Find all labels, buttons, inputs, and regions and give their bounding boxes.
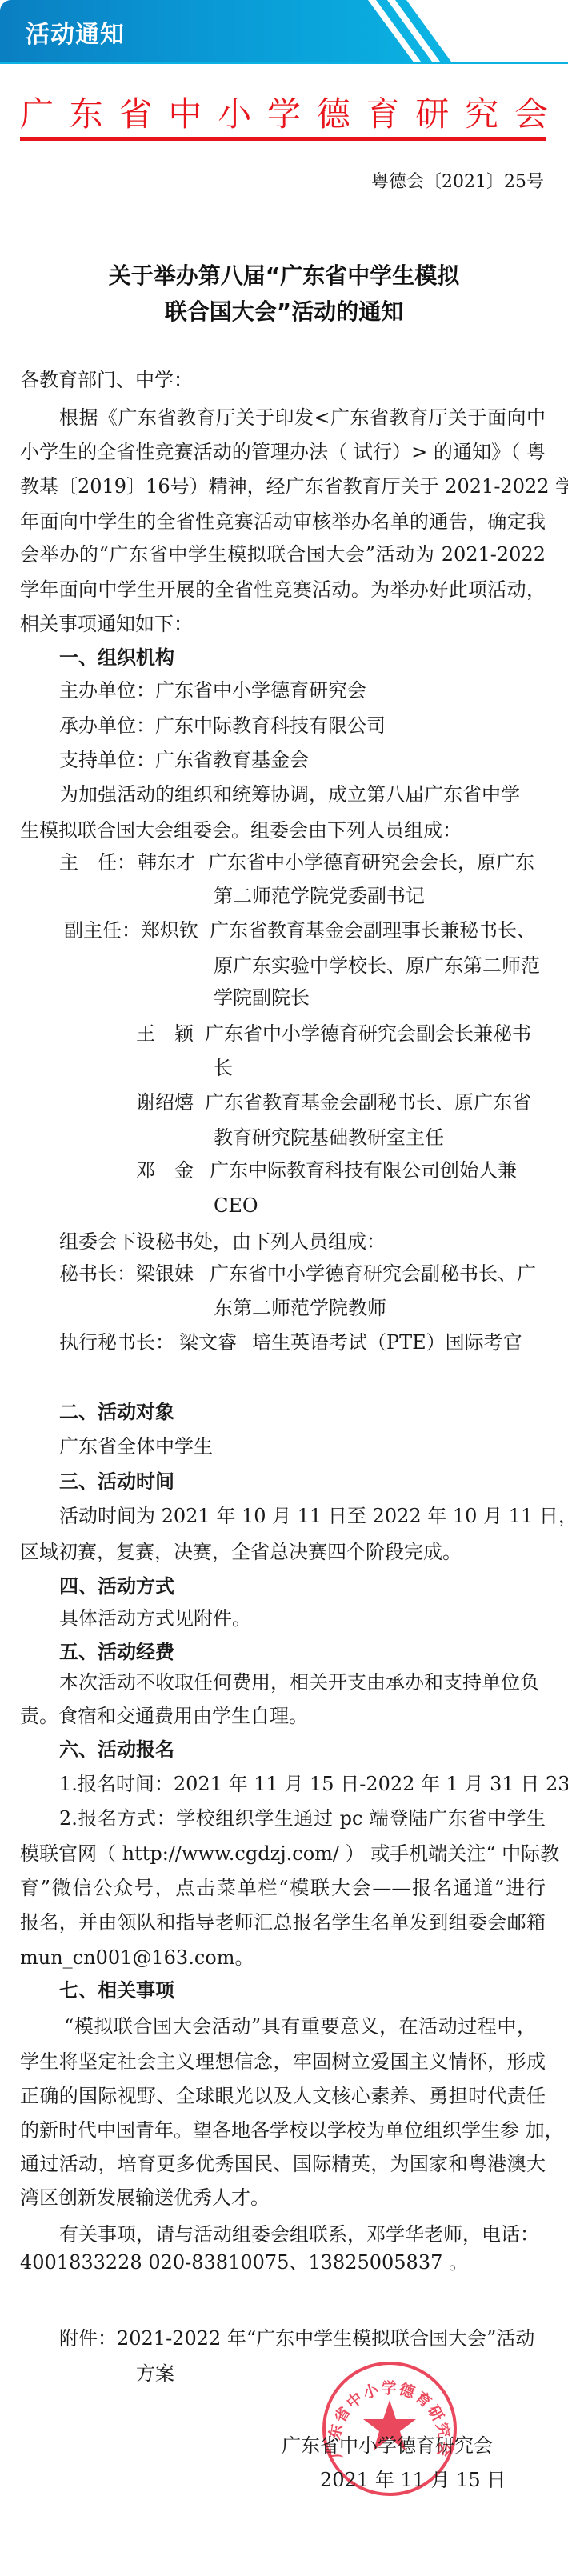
intro-line: 根据《广东省教育厅关于印发<广东省教育厅关于面向中 — [59, 406, 546, 430]
notice-title-line-1: 关于举办第八届“广东省中学生模拟 — [0, 258, 568, 290]
host-unit: 主办单位：广东省中小学德育研究会 — [59, 678, 366, 702]
registration-time: 1.报名时间：2021 年 11 月 15 日-2022 年 1 月 31 日 … — [59, 1772, 546, 1796]
committee-member-title: 原广东实验中学校长、原广东第二师范 — [214, 954, 540, 978]
intro-line: 相关事项通知如下： — [20, 612, 193, 636]
committee-member-title: 广东省中小学德育研究会会长，原广东 — [208, 850, 534, 874]
committee-member-title: 广东省教育基金会副理事长兼秘书长、 — [210, 918, 536, 942]
committee-member-name: 郑炽钦 — [141, 918, 198, 942]
letterhead-org-name: 广东省中小学德育研究会 — [20, 94, 548, 134]
registration-method: 报名，并由领队和指导老师汇总报名学生名单发到组委会邮箱 — [20, 1910, 546, 1934]
participants-body: 广东省全体中学生 — [59, 1434, 213, 1458]
section-heading-time: 三、活动时间 — [59, 1470, 174, 1494]
contact-phones: 4001833228 020-83810075、13825005837 。 — [20, 2250, 468, 2274]
section-heading-format: 四、活动方式 — [59, 1574, 174, 1598]
committee-member-title: 广东省中小学德育研究会副会长兼秘书 — [205, 1022, 531, 1046]
salutation: 各教育部门、中学： — [20, 368, 193, 392]
time-body: 区域初赛，复赛，决赛，全省总决赛四个阶段完成。 — [20, 1540, 462, 1564]
section-heading-organization: 一、组织机构 — [59, 646, 174, 670]
section-heading-funding: 五、活动经费 — [59, 1640, 174, 1664]
contact-line: 有关事项，请与活动组委会组联系，邓学华老师，电话： — [59, 2222, 531, 2246]
committee-member-name: 谢绍熺 — [136, 1090, 194, 1114]
intro-line: 小学生的全省性竞赛活动的管理办法（ 试行）> 的通知》（ 粤 — [20, 440, 546, 464]
letterhead-red-rule — [20, 137, 546, 141]
committee-member-name: 王 颖 — [136, 1022, 194, 1046]
committee-role: 副主任： — [64, 918, 141, 942]
secretary-general-name: 梁银妹 — [136, 1262, 194, 1286]
exec-secretary-name: 梁文睿 — [179, 1330, 237, 1354]
intro-line: 教基〔2019〕16号）精神，经广东省教育厅关于 2021-2022 学 — [20, 474, 546, 498]
page-header: 活动通知 — [0, 0, 568, 64]
supporter-unit: 支持单位：广东省教育基金会 — [59, 748, 309, 772]
committee-member-title: CEO — [214, 1194, 258, 1218]
registration-method: 育”微信公众号，点击菜单栏“模联大会——报名通道”进行 — [20, 1876, 546, 1900]
section-heading-registration: 六、活动报名 — [59, 1738, 174, 1762]
attachment-line: 方案 — [136, 2362, 174, 2386]
secretary-general-title: 广东省中小学德育研究会副秘书长、广 — [210, 1262, 536, 1286]
committee-intro: 为加强活动的组织和统筹协调，成立第八届广东省中学 — [59, 782, 520, 806]
document-number: 粤德会〔2021〕25号 — [371, 168, 544, 193]
section-heading-notes: 七、相关事项 — [59, 1978, 174, 2002]
intro-line: 年面向中学生的全省性竞赛活动审核举办名单的通告，确定我 — [20, 510, 546, 534]
header-title: 活动通知 — [26, 14, 125, 50]
secretary-general-role: 秘书长： — [59, 1262, 136, 1286]
signature-date: 2021 年 11 月 15 日 — [320, 2464, 506, 2492]
committee-role: 主 任： — [59, 850, 136, 874]
secretariat-intro: 组委会下设秘书处，由下列人员组成： — [59, 1230, 386, 1254]
exec-secretary-role: 执行秘书长： — [59, 1330, 174, 1354]
intro-line: 学年面向中学生开展的全省性竞赛活动。为举办好此项活动， — [20, 578, 546, 602]
committee-member-name: 邓 金 — [136, 1158, 194, 1182]
attachment-line: 附件：2021-2022 年“广东中学生模拟联合国大会”活动 — [59, 2326, 534, 2350]
notes-body: 学生将坚定社会主义理想信念，牢固树立爱国主义情怀，形成 — [20, 2050, 546, 2074]
section-heading-participants: 二、活动对象 — [59, 1400, 174, 1424]
time-body: 活动时间为 2021 年 10 月 11 日至 2022 年 10 月 11 日… — [59, 1504, 546, 1528]
committee-member-title: 长 — [214, 1056, 233, 1080]
organizer-unit: 承办单位：广东中际教育科技有限公司 — [59, 714, 386, 738]
exec-secretary-title: 培生英语考试（PTE）国际考官 — [252, 1330, 522, 1354]
funding-body: 责。食宿和交通费用由学生自理。 — [20, 1704, 308, 1728]
notice-title-line-2: 联合国大会”活动的通知 — [0, 294, 568, 326]
notes-body: 湾区创新发展输送优秀人才。 — [20, 2186, 270, 2210]
signature-org: 广东省中小学德育研究会 — [282, 2430, 493, 2458]
committee-member-title: 教育研究院基础教研室主任 — [214, 1126, 444, 1150]
notes-body: 的新时代中国青年。望各地各学校以学校为单位组织学生参 加， — [20, 2118, 546, 2142]
intro-line: 会举办的“广东省中学生模拟联合国大会”活动为 2021-2022 — [20, 542, 546, 566]
registration-email: mun_cn001@163.com。 — [20, 1946, 254, 1970]
secretary-general-title: 东第二师范学院教师 — [214, 1296, 386, 1320]
registration-method: 模联官网（ http://www.cgdzj.com/ ） 或手机端关注“ 中际… — [20, 1842, 546, 1866]
registration-method: 2.报名方式：学校组织学生通过 pc 端登陆广东省中学生 — [59, 1806, 546, 1830]
committee-member-title: 广东中际教育科技有限公司创始人兼 — [210, 1158, 517, 1182]
committee-member-title: 广东省教育基金会副秘书长、原广东省 — [205, 1090, 531, 1114]
notes-body: 正确的国际视野、全球眼光以及人文核心素养、勇担时代责任 — [20, 2084, 546, 2108]
committee-member-title: 第二师范学院党委副书记 — [214, 884, 425, 908]
funding-body: 本次活动不收取任何费用，相关开支由承办和支持单位负 — [59, 1670, 539, 1694]
committee-member-title: 学院副院长 — [214, 986, 310, 1010]
header-underline — [0, 62, 568, 64]
notes-body: 通过活动，培育更多优秀国民、国际精英，为国家和粤港澳大 — [20, 2152, 546, 2176]
notes-body: “模拟联合国大会活动”具有重要意义，在活动过程中， — [64, 2014, 536, 2038]
committee-member-name: 韩东才 — [138, 850, 195, 874]
format-body: 具体活动方式见附件。 — [59, 1606, 251, 1630]
committee-intro: 生模拟联合国大会组委会。组委会由下列人员组成： — [20, 818, 462, 842]
